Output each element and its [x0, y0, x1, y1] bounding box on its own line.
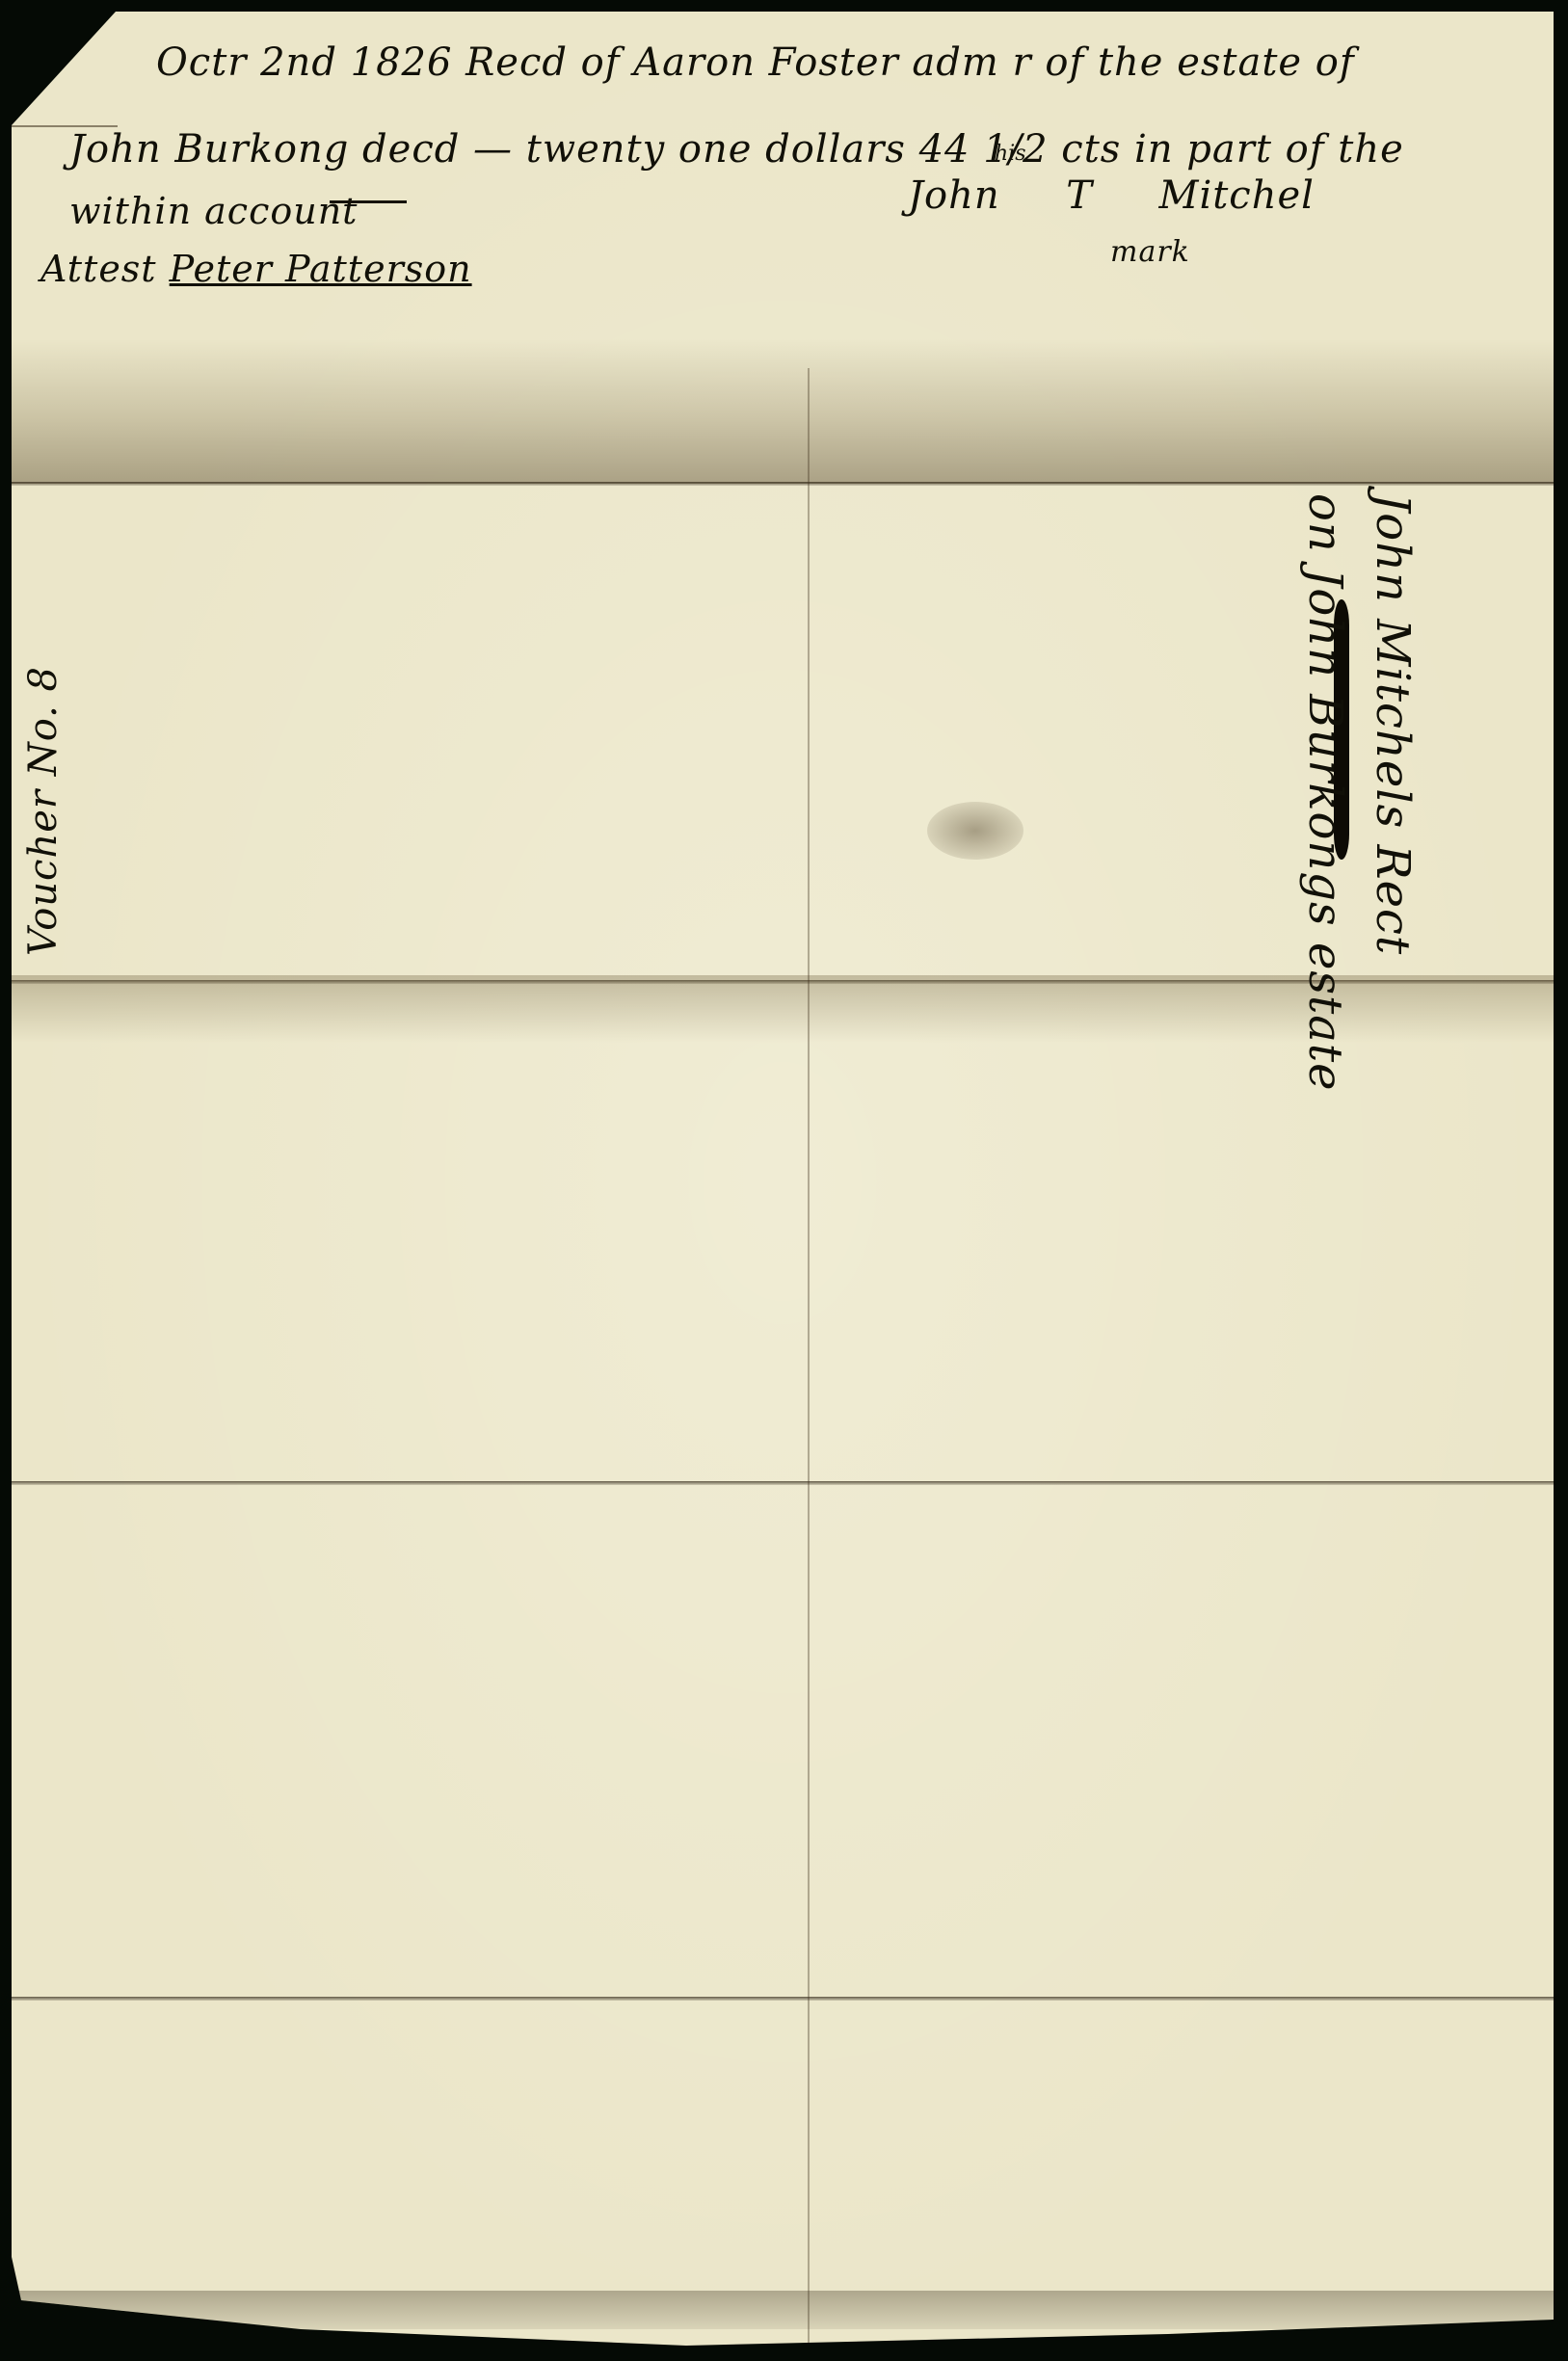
fold-line [12, 482, 1554, 486]
mark-label: mark [1110, 235, 1190, 269]
receipt-line-3: within account [69, 190, 358, 232]
ink-smudge [927, 802, 1023, 860]
receipt-line-1: Octr 2nd 1826 Recd of Aaron Foster adm r… [156, 40, 1355, 85]
line-dash [330, 200, 407, 203]
folded-corner [12, 12, 118, 127]
fold-line [12, 1481, 1554, 1485]
signatory-mark: T [1066, 173, 1093, 218]
signatory-last: Mitchel [1158, 173, 1314, 218]
attestation: Attest Peter Patterson [40, 248, 472, 290]
docket-line-1: John Mitchels Rect [1359, 493, 1426, 1092]
docket-line-2: on John Burkongs estate [1291, 493, 1359, 1092]
fold-line [12, 1997, 1554, 2001]
receipt-line-2: John Burkong decd — twenty one dollars 4… [69, 127, 1404, 172]
voucher-number: Voucher No. 8 [21, 666, 66, 956]
docket-endorsement: John Mitchels Rect on John Burkongs esta… [1291, 493, 1426, 1092]
document-page: Octr 2nd 1826 Recd of Aaron Foster adm r… [12, 12, 1554, 2351]
bottom-fold-shadow [12, 2291, 1554, 2329]
attest-label: Attest [40, 248, 157, 290]
vertical-fold [808, 368, 810, 2344]
signature: John T Mitchel [908, 173, 1315, 218]
witness-name: Peter Patterson [170, 248, 472, 290]
signatory-first: John [908, 173, 1000, 218]
his-superscript: his [995, 142, 1026, 166]
stain-band [12, 339, 1554, 484]
